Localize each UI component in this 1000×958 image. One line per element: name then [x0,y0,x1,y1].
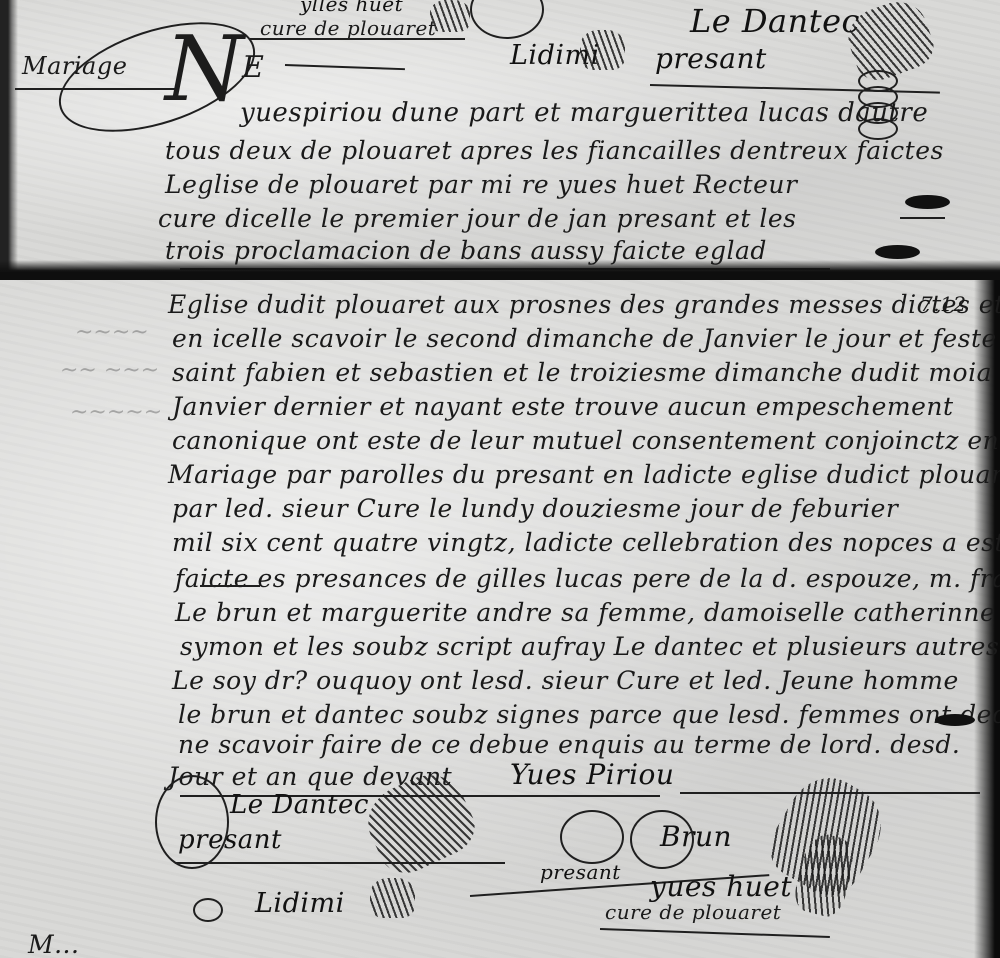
entry-line-3: Leglise de plouaret par mi re yues huet … [165,170,797,199]
signature-lidimi: Lidimi [255,888,345,919]
entry-line-2: tous deux de plouaret apres les fiancail… [165,136,944,165]
signature-le-dantec: Le Dantec [230,790,369,820]
ink-blot [905,195,950,209]
line-filler [900,217,945,219]
entry-line-10: canonique ont este de leur mutuel consen… [172,426,999,455]
signature-huet-title: cure de plouaret [605,900,781,924]
next-entry-fragment: M... [28,930,79,958]
decorated-initial: N [165,25,244,115]
entry-line-16: symon et les soubz script aufray Le dant… [180,632,999,661]
torn-edge-shadow [0,260,1000,272]
binding-shadow [0,0,18,272]
entry-line-13: mil six cent quatre vingtz, ladicte cell… [172,528,1000,557]
underline [250,38,465,40]
signature-le-dantec-top: Le Dantec [690,2,860,40]
filler-stroke [285,64,405,70]
entry-line-12: par led. sieur Cure le lundy douziesme j… [172,494,898,523]
signature-underline [600,928,830,938]
entry-line-17: Le soy dr? ouquoy ont lesd. sieur Cure e… [172,666,959,695]
line-filler [200,585,260,587]
ink-blot [935,714,975,726]
entry-line-4: cure dicelle le premier jour de jan pres… [158,204,796,233]
signature-underline [175,862,505,864]
entry-line-18: le brun et dantec soubz signes parce que… [178,700,1000,729]
signature-presant: presant [540,860,621,884]
entry-line-1: yuespiriou dune part et marguerittea luc… [240,98,928,128]
entry-line-19: ne scavoir faire de ce debue enquis au t… [178,730,960,759]
bottom-page-fragment: ~~~~ ~~ ~~~ ~~~~~ 7.12 Eglise dudit plou… [0,280,1000,958]
bleed-through-text: ~~~~~ [70,400,162,425]
bleed-through-text: ~~ ~~~ [60,358,159,383]
signature-flourish [193,898,223,922]
entry-line-8: saint fabien et sebastien et le troizies… [172,358,1000,387]
entry-line-15: Le brun et marguerite andre sa femme, da… [175,598,995,627]
signature-flourish [155,775,229,869]
signature-paraph-huet [430,0,470,32]
signature-flourish [470,0,544,39]
signature-piriou: Yues Piriou [510,758,674,791]
signature-flourish [630,810,694,869]
signature-huet-top: ylles huet [300,0,403,16]
bleed-through-text: ~~~~ [75,320,149,345]
signature-paraph-lidimi [370,878,415,918]
ink-blot [875,245,920,259]
entry-line-7: en icelle scavoir le second dimanche de … [172,324,1000,353]
initial-superscript: E [242,50,264,85]
signature-le-dantec-title-top: presant [655,42,767,75]
top-page-fragment: ylles huet cure de plouaret Lidimi Le Da… [0,0,1000,272]
entry-line-11: Mariage par parolles du presant en ladic… [168,460,1000,489]
entry-line-6: Eglise dudit plouaret aux prosnes des gr… [168,290,1000,319]
signature-flourish [560,810,624,864]
signature-huet-title-top: cure de plouaret [260,16,436,40]
entry-line-9: Janvier dernier et nayant este trouve au… [172,392,954,421]
entry-line-14: faicte es presances de gilles lucas pere… [175,564,1000,593]
signature-paraph-lidimi [580,30,625,70]
signature-huet: yues huet [650,870,792,903]
